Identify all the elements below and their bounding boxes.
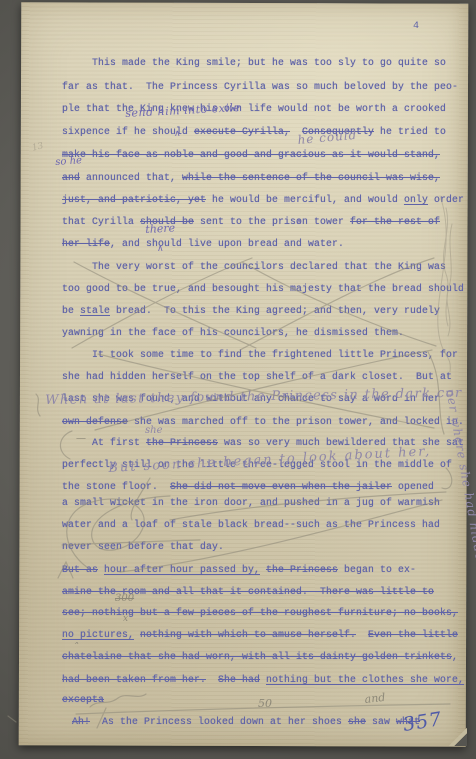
margin-continuation: ner where she had hidden herself, — [443, 388, 476, 628]
insertion-and: and — [364, 691, 386, 706]
insertion-there: there — [145, 221, 175, 236]
insertion-he-could: he could — [297, 128, 358, 147]
photographed-manuscript: This made the King smile; but he was too… — [0, 0, 476, 759]
page-number: 4 — [413, 21, 419, 32]
dog-ear-corner — [445, 724, 467, 746]
insertion-exile: send him into exile — [125, 101, 241, 120]
circumflex-mark: ˆ — [73, 641, 79, 654]
number-50: 50 — [258, 697, 272, 710]
caret-icon: ∧ — [174, 129, 181, 139]
handwriting-layer: send him into exile∧he couldso hethere∧∧… — [0, 0, 476, 759]
em-dash-mark: — — [76, 433, 86, 444]
caret-icon: ∧ — [296, 217, 302, 226]
insertion-she: she — [145, 425, 163, 436]
margin-number-13: 13 — [31, 141, 45, 153]
comma-mark: , — [415, 647, 419, 662]
insertion-when-at-last: When at last they found the Princess in … — [45, 386, 463, 408]
insertion-so-he: so he — [55, 155, 82, 168]
number-300: 300 — [115, 593, 134, 604]
mark-x: x — [123, 614, 128, 624]
insertion-but-soon: But soon she began to look about her, — [108, 444, 432, 476]
caret-icon: ∧ — [157, 244, 164, 254]
